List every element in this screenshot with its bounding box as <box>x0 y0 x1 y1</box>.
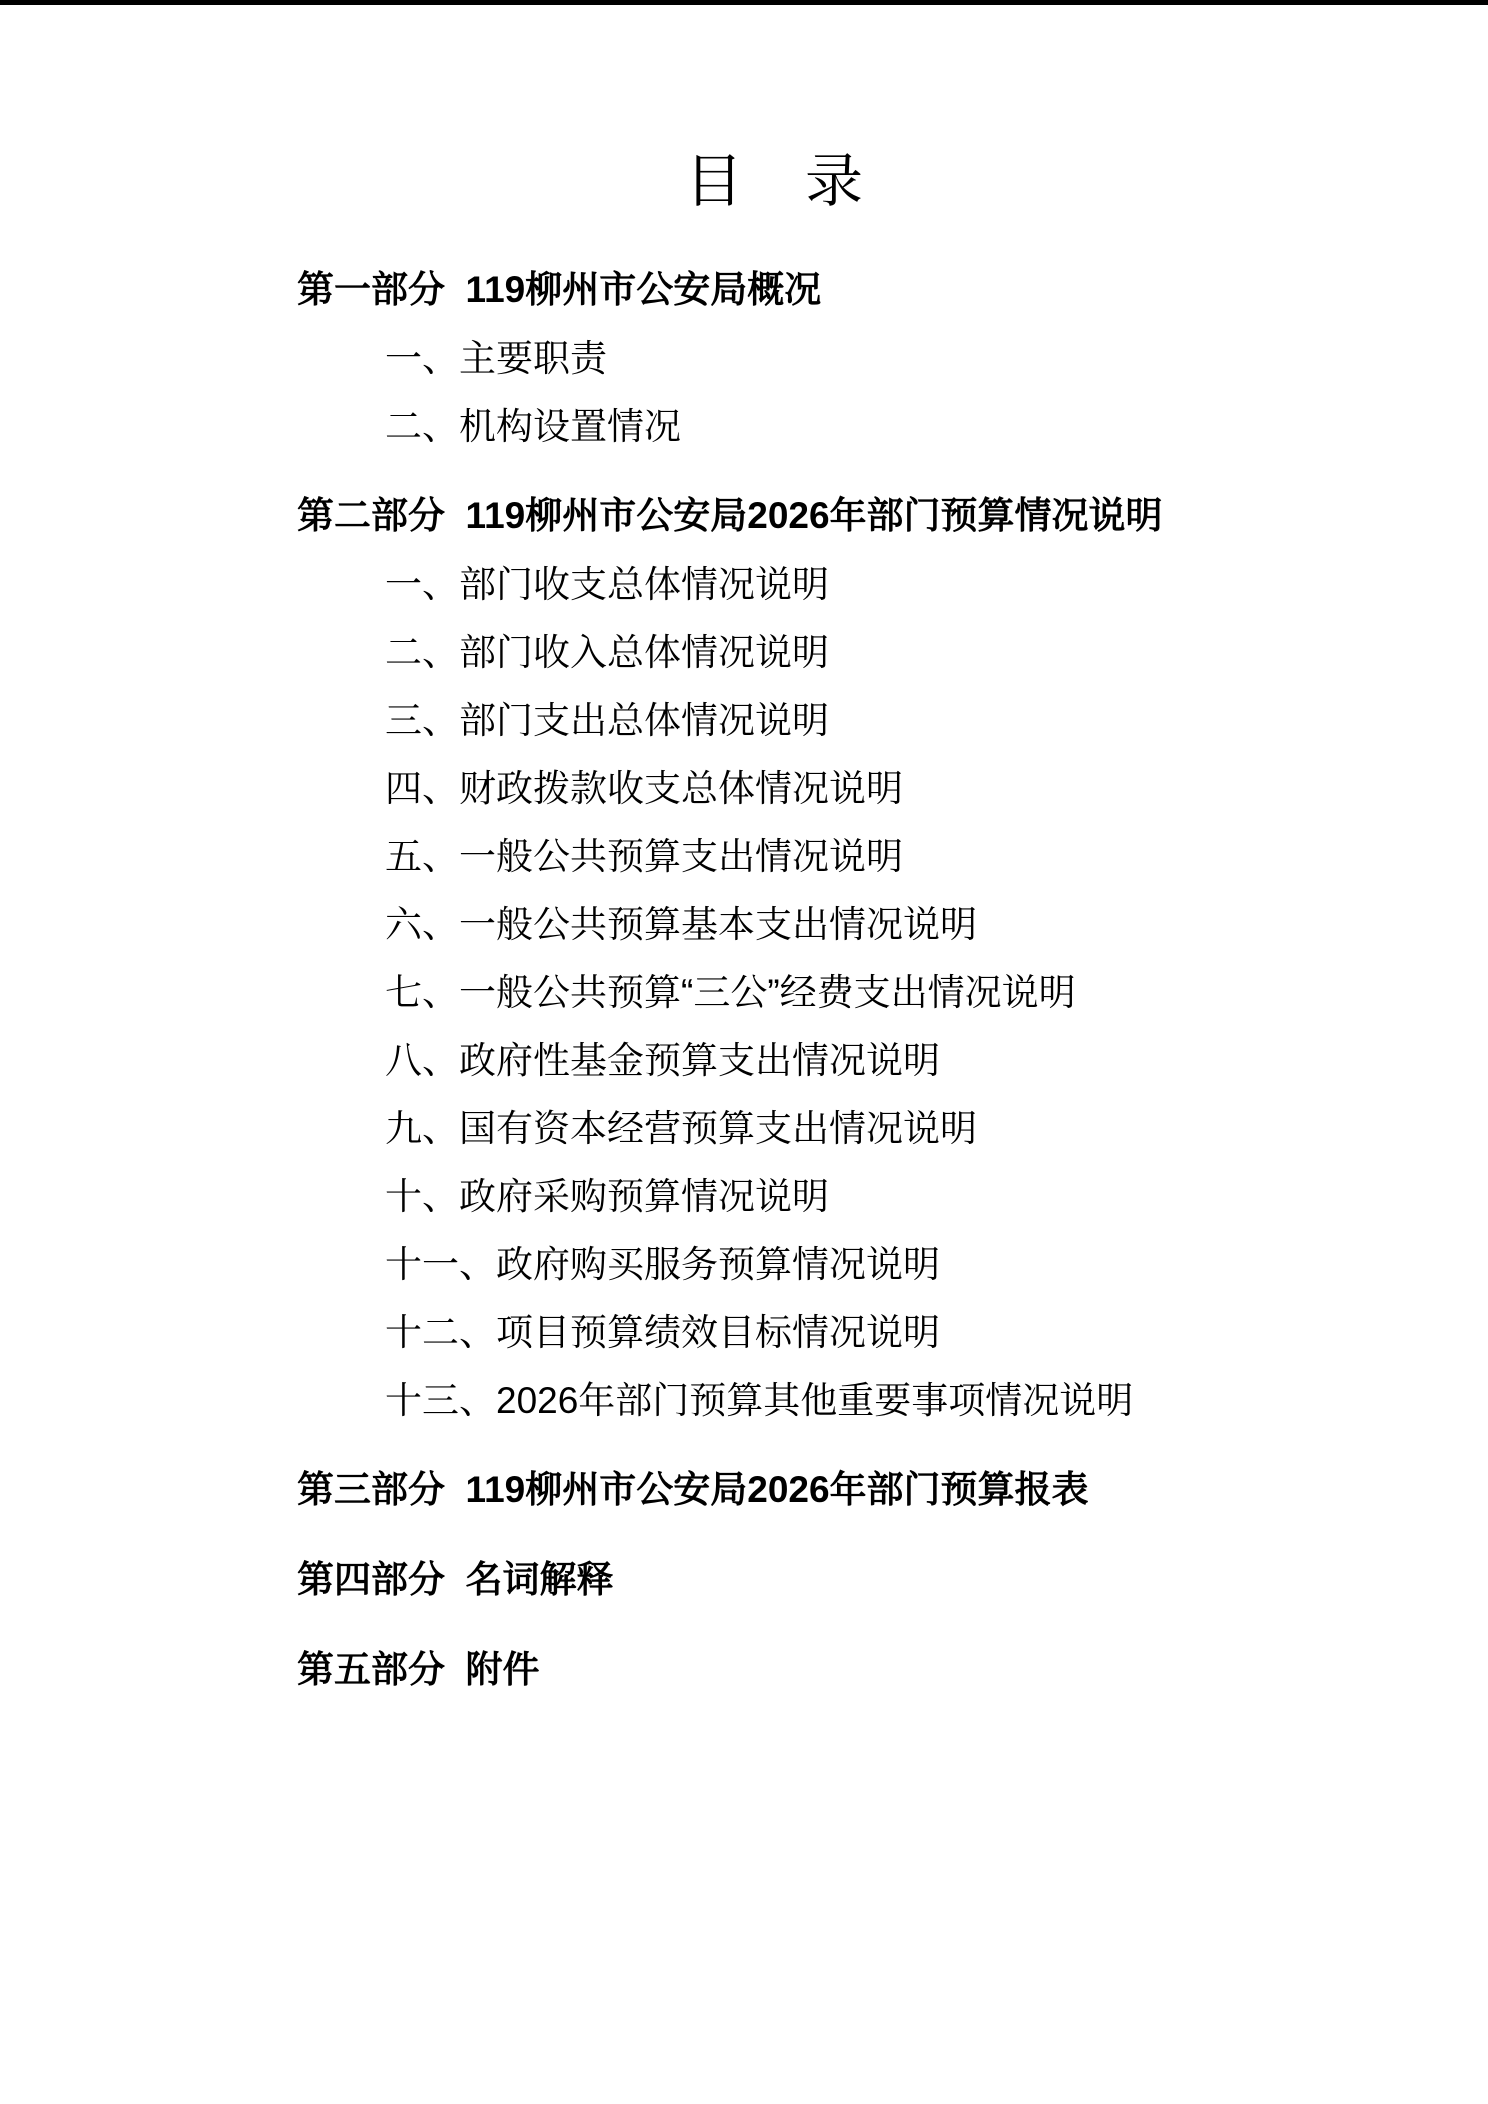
toc-item-2-11: 十一、政府购买服务预算情况说明 <box>385 1245 1488 1285</box>
toc-item-2-3: 三、部门支出总体情况说明 <box>385 701 1488 741</box>
toc-part-3-heading: 第三部分 119柳州市公安局2026年部门预算报表 <box>297 1469 1488 1511</box>
toc-item-2-4: 四、财政拨款收支总体情况说明 <box>385 769 1488 809</box>
toc-item-2-8: 八、政府性基金预算支出情况说明 <box>385 1041 1488 1081</box>
page-top-border <box>0 0 1488 5</box>
document-title: 目 录 <box>31 151 1488 213</box>
toc-item-2-9: 九、国有资本经营预算支出情况说明 <box>385 1109 1488 1149</box>
toc-part-5-heading: 第五部分 附件 <box>297 1649 1488 1691</box>
toc-item-2-10: 十、政府采购预算情况说明 <box>385 1177 1488 1217</box>
toc-part-4-heading: 第四部分 名词解释 <box>297 1559 1488 1601</box>
toc-item-2-6: 六、一般公共预算基本支出情况说明 <box>385 905 1488 945</box>
toc-part-1-heading: 第一部分 119柳州市公安局概况 <box>297 269 1488 311</box>
toc-item-1-1: 一、主要职责 <box>385 339 1488 379</box>
toc-item-2-12: 十二、项目预算绩效目标情况说明 <box>385 1313 1488 1353</box>
toc-item-2-13: 十三、2026年部门预算其他重要事项情况说明 <box>385 1381 1488 1421</box>
toc-item-1-2: 二、机构设置情况 <box>385 407 1488 447</box>
toc-item-2-1: 一、部门收支总体情况说明 <box>385 565 1488 605</box>
toc-item-2-2: 二、部门收入总体情况说明 <box>385 633 1488 673</box>
document-page: 目 录 第一部分 119柳州市公安局概况 一、主要职责 二、机构设置情况 第二部… <box>0 151 1488 1691</box>
toc-item-2-7: 七、一般公共预算“三公”经费支出情况说明 <box>385 973 1488 1013</box>
toc-item-2-5: 五、一般公共预算支出情况说明 <box>385 837 1488 877</box>
toc-part-2-heading: 第二部分 119柳州市公安局2026年部门预算情况说明 <box>297 495 1488 537</box>
